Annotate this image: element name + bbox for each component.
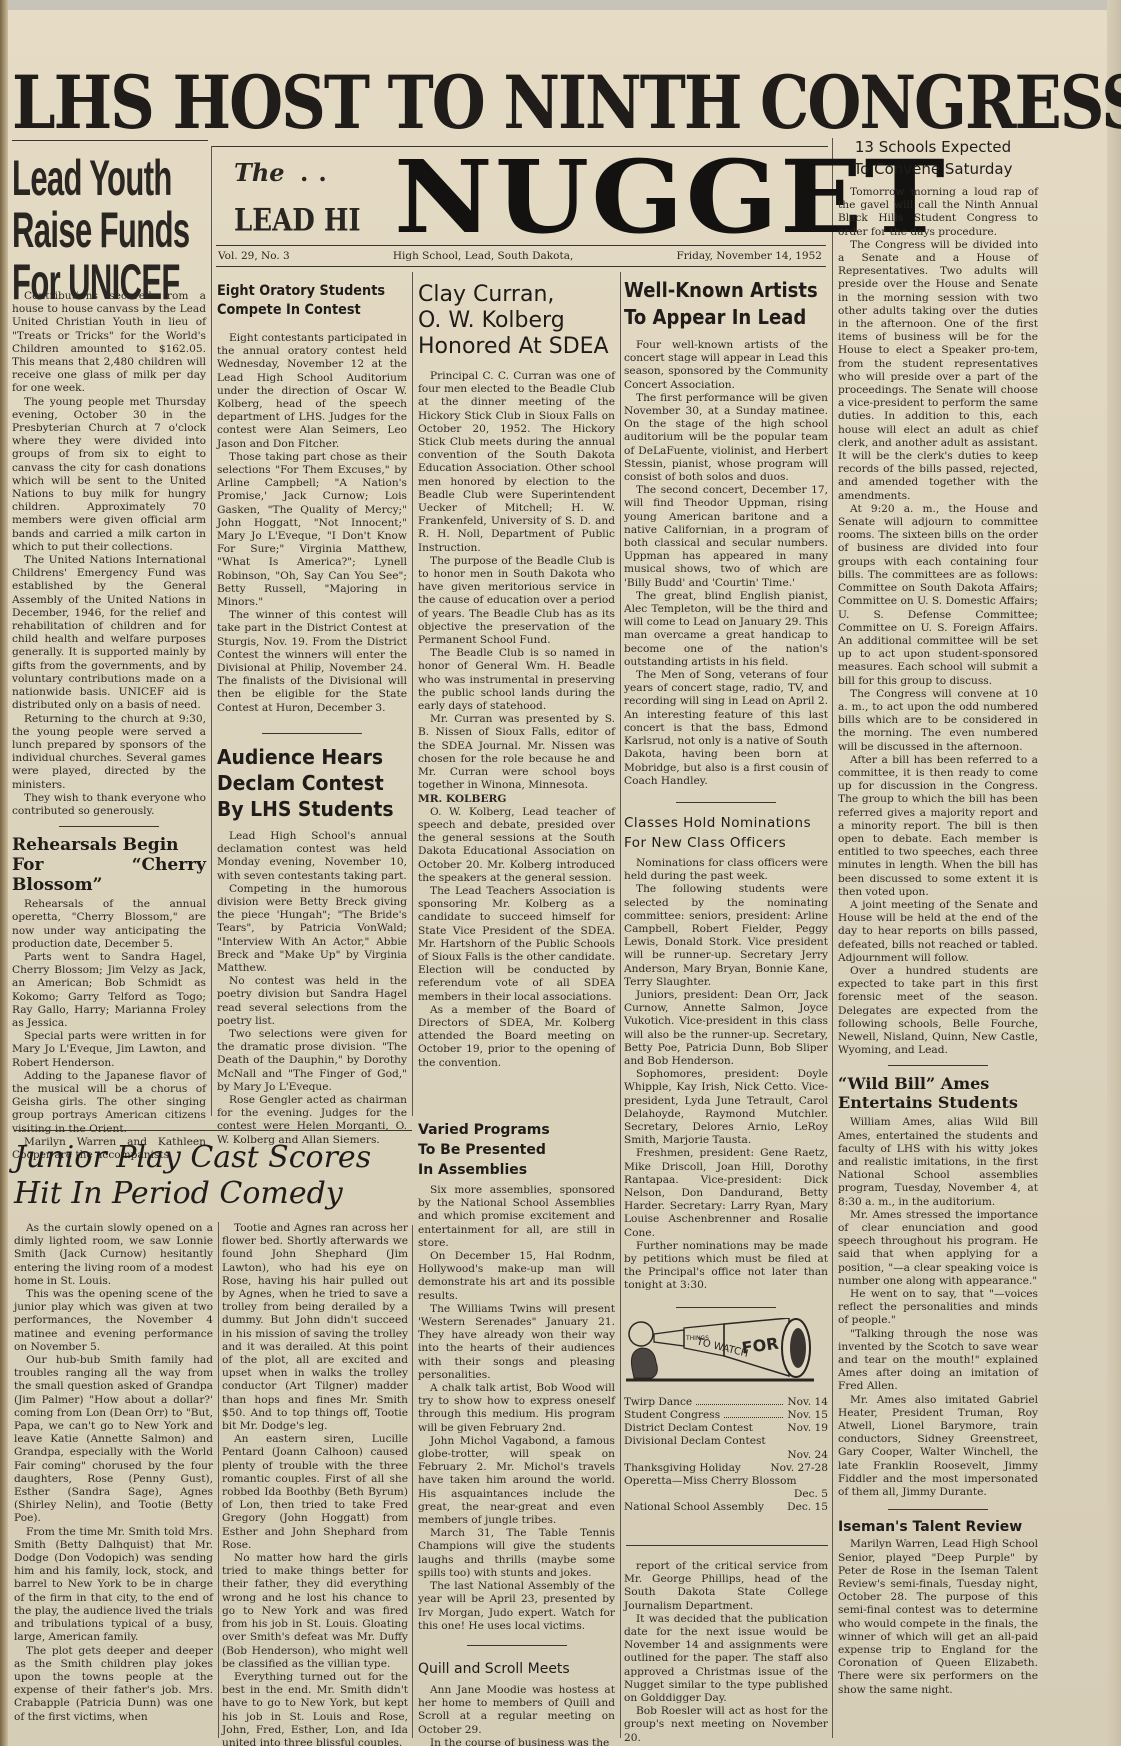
- paragraph: Principal C. C. Curran was one of four m…: [418, 370, 615, 555]
- paragraph: As the curtain slowly opened on a dimly …: [14, 1222, 213, 1288]
- paragraph: Nominations for class officers were held…: [624, 857, 828, 883]
- paragraph: Mr. Curran was presented by S. B. Nissen…: [418, 713, 615, 792]
- paragraph: Over a hundred students are expected to …: [838, 965, 1038, 1057]
- paragraph: Ann Jane Moodie was hostess at her home …: [418, 1684, 615, 1737]
- page-right-edge: [1107, 0, 1121, 1746]
- paragraph: The purpose of the Beadle Club is to hon…: [418, 555, 615, 647]
- junior-play-col1: As the curtain slowly opened on a dimly …: [14, 1222, 213, 1724]
- paragraph: The young people met Thursday evening, O…: [12, 396, 206, 554]
- banner-headline: LHS HOST TO NINTH CONGRESS: [12, 62, 1112, 145]
- paragraph: The winner of this contest will take par…: [217, 609, 407, 715]
- article-unicef: Lead Youth Raise Funds For UNICEF Contri…: [12, 150, 206, 1162]
- paragraph: Our hub-bub Smith family had troubles ra…: [14, 1354, 213, 1526]
- article-artists: Well-Known Artists To Appear In Lead Fou…: [624, 277, 828, 1515]
- paragraph: On December 15, Hal Rodnm, Hollywood's m…: [418, 1250, 615, 1303]
- declam-headline: Audience Hears Declam Contest By LHS Stu…: [217, 744, 396, 822]
- paragraph: From the time Mr. Smith told Mrs. Smith …: [14, 1526, 213, 1645]
- watch-list-item: Twirp DanceNov. 14: [624, 1396, 828, 1409]
- paragraph: report of the critical service from Mr. …: [624, 1560, 828, 1613]
- sdea-headline: Clay Curran, O. W. Kolberg Honored At SD…: [418, 282, 615, 360]
- paragraph: As a member of the Board of Directors of…: [418, 1004, 615, 1070]
- paragraph: The Lead Teachers Association is sponsor…: [418, 885, 615, 1004]
- paragraph: After a bill has been referred to a comm…: [838, 754, 1038, 899]
- paragraph: Competing in the humorous division were …: [217, 883, 407, 975]
- paragraph: Special parts were written in for Mary J…: [12, 1030, 206, 1070]
- column-rule: [412, 272, 413, 1116]
- watch-list-item: Divisional Declam ContestNov. 24: [624, 1435, 828, 1461]
- ames-headline: “Wild Bill” Ames Entertains Students: [838, 1074, 1038, 1112]
- paragraph: Rehearsals of the annual operetta, "Cher…: [12, 898, 206, 951]
- paragraph: The second concert, December 17, will fi…: [624, 484, 828, 590]
- paragraph: March 31, The Table Tennis Champions wil…: [418, 1527, 615, 1580]
- paragraph: It was decided that the publication date…: [624, 1613, 828, 1705]
- divider: [262, 733, 362, 734]
- paragraph: The Congress will be divided into a Sena…: [838, 239, 1038, 503]
- paragraph: At 9:20 a. m., the House and Senate will…: [838, 503, 1038, 688]
- iseman-body: Marilyn Warren, Lead High School Senior,…: [838, 1538, 1038, 1696]
- assemblies-headline: Varied Programs To Be Presented In Assem…: [418, 1120, 615, 1180]
- junior-play-col2: Tootie and Agnes ran across her flower b…: [222, 1222, 408, 1746]
- paragraph: The United Nations International Childre…: [12, 554, 206, 712]
- paragraph: The following students were selected by …: [624, 883, 828, 989]
- paragraph: Bob Roesler will act as host for the gro…: [624, 1705, 828, 1745]
- paragraph: Tomorrow morning a loud rap of the gavel…: [838, 186, 1038, 239]
- paragraph: Marilyn Warren, Lead High School Senior,…: [838, 1538, 1038, 1696]
- divider: [888, 1065, 988, 1066]
- paragraph: The plot gets deeper and deeper as the S…: [14, 1645, 213, 1724]
- paragraph: Adding to the Japanese flavor of the mus…: [12, 1070, 206, 1136]
- dateline: Vol. 29, No. 3 High School, Lead, South …: [218, 250, 822, 262]
- oratory-body: Eight contestants participated in the an…: [217, 332, 407, 715]
- paragraph: The great, blind English pianist, Alec T…: [624, 590, 828, 669]
- oratory-headline: Eight Oratory Students Compete In Contes…: [217, 282, 392, 320]
- unicef-headline: Lead Youth Raise Funds For UNICEF: [12, 150, 206, 290]
- paragraph: No matter how hard the girls tried to ma…: [222, 1552, 408, 1671]
- paragraph: John Michol Vagabond, a famous globe-tro…: [418, 1435, 615, 1527]
- paragraph: The Men of Song, veterans of four years …: [624, 669, 828, 788]
- volume-number: Vol. 29, No. 3: [218, 250, 290, 262]
- things-to-watch-list: Twirp DanceNov. 14Student CongressNov. 1…: [624, 1396, 828, 1515]
- watch-list-item: District Declam ContestNov. 19: [624, 1422, 828, 1435]
- masthead-lead-hi: LEAD HI: [234, 203, 361, 239]
- page-binding-edge: [0, 0, 8, 1746]
- masthead-dots: ..: [300, 158, 337, 187]
- junior-play-headline: Junior Play Cast Scores Hit In Period Co…: [14, 1140, 414, 1212]
- iseman-headline: Iseman's Talent Review: [838, 1518, 1038, 1536]
- watch-list-item: National School AssemblyDec. 15: [624, 1501, 828, 1514]
- divider: [676, 1307, 776, 1308]
- article-oratory: Eight Oratory Students Compete In Contes…: [217, 282, 407, 1147]
- article-assemblies: Varied Programs To Be Presented In Assem…: [418, 1120, 615, 1746]
- article-congress: 13 Schools Expected To Convene Saturday …: [838, 136, 1038, 1697]
- publication-place: High School, Lead, South Dakota,: [393, 250, 573, 262]
- column-rule: [412, 1225, 413, 1738]
- paragraph: Mr. Ames stressed the importance of clea…: [838, 1209, 1038, 1288]
- paragraph: The Williams Twins will present 'Western…: [418, 1303, 615, 1382]
- paragraph: Two selections were given for the dramat…: [217, 1028, 407, 1094]
- paragraph: Eight contestants participated in the an…: [217, 332, 407, 451]
- declam-body: Lead High School's annual declamation co…: [217, 830, 407, 1147]
- sdea-body-2: O. W. Kolberg, Lead teacher of speech an…: [418, 806, 615, 1070]
- quill-body: Ann Jane Moodie was hostess at her home …: [418, 1684, 615, 1746]
- paragraph: Juniors, president: Dean Orr, Jack Curno…: [624, 989, 828, 1068]
- paragraph: Tootie and Agnes ran across her flower b…: [222, 1222, 408, 1433]
- newspaper-page: LHS HOST TO NINTH CONGRESS The .. LEAD H…: [0, 0, 1121, 1746]
- things-to-watch-cartoon-icon: THINGS TO WATCH FOR: [624, 1318, 819, 1388]
- paragraph: Sophomores, president: Doyle Whipple, Ka…: [624, 1068, 828, 1147]
- unicef-body: Contributions secured from a house to ho…: [12, 290, 206, 818]
- paragraph: O. W. Kolberg, Lead teacher of speech an…: [418, 806, 615, 885]
- rule: [626, 1545, 828, 1546]
- paragraph: The first performance will be given Nove…: [624, 392, 828, 484]
- paragraph: This was the opening scene of the junior…: [14, 1288, 213, 1354]
- artists-headline: Well-Known Artists To Appear In Lead: [624, 277, 808, 331]
- sdea-body: Principal C. C. Curran was one of four m…: [418, 370, 615, 793]
- quill-continued: report of the critical service from Mr. …: [624, 1560, 828, 1745]
- paragraph: Parts went to Sandra Hagel, Cherry Bloss…: [12, 951, 206, 1030]
- paragraph: A joint meeting of the Senate and House …: [838, 899, 1038, 965]
- congress-body: Tomorrow morning a loud rap of the gavel…: [838, 186, 1038, 1057]
- nominations-body: Nominations for class officers were held…: [624, 857, 828, 1293]
- paragraph: Mr. Ames also imitated Gabriel Heater, P…: [838, 1394, 1038, 1500]
- paragraph: Everything turned out for the best in th…: [222, 1671, 408, 1746]
- paragraph: "Talking through the nose was invented b…: [838, 1328, 1038, 1394]
- column-rule: [620, 272, 621, 1738]
- congress-headline: 13 Schools Expected To Convene Saturday: [838, 136, 1028, 180]
- ames-body: William Ames, alias Wild Bill Ames, ente…: [838, 1116, 1038, 1499]
- scan-top-strip: [0, 0, 1121, 10]
- article-sdea: Clay Curran, O. W. Kolberg Honored At SD…: [418, 282, 615, 1070]
- divider: [888, 1509, 988, 1510]
- paragraph: Returning to the church at 9:30, the you…: [12, 713, 206, 792]
- paragraph: Further nominations may be made by petit…: [624, 1240, 828, 1293]
- paragraph: Six more assemblies, sponsored by the Na…: [418, 1184, 615, 1250]
- artists-body: Four well-known artists of the concert s…: [624, 339, 828, 788]
- sdea-subhead: MR. KOLBERG: [418, 793, 615, 806]
- publication-date: Friday, November 14, 1952: [676, 250, 822, 262]
- column-rule: [218, 1222, 219, 1738]
- paragraph: The last National Assembly of the year w…: [418, 1580, 615, 1633]
- divider: [59, 826, 159, 827]
- cherry-headline: Rehearsals Begin For “Cherry Blossom”: [12, 835, 206, 895]
- paragraph: He went on to say, that "—voices reflect…: [838, 1288, 1038, 1328]
- paragraph: An eastern siren, Lucille Pentard (Joann…: [222, 1433, 408, 1552]
- assemblies-body: Six more assemblies, sponsored by the Na…: [418, 1184, 615, 1633]
- paragraph: A chalk talk artist, Bob Wood will try t…: [418, 1382, 615, 1435]
- nominations-headline: Classes Hold Nominations For New Class O…: [624, 813, 828, 853]
- divider: [676, 802, 776, 803]
- paragraph: Rose Gengler acted as chairman for the e…: [217, 1094, 407, 1147]
- masthead: The .. LEAD HI NUGGET: [212, 148, 827, 253]
- cherry-body: Rehearsals of the annual operetta, "Cher…: [12, 898, 206, 1162]
- paragraph: William Ames, alias Wild Bill Ames, ente…: [838, 1116, 1038, 1208]
- paragraph: Freshmen, president: Gene Raetz, Mike Dr…: [624, 1147, 828, 1239]
- paragraph: No contest was held in the poetry divisi…: [217, 975, 407, 1028]
- paragraph: The Congress will convene at 10 a. m., t…: [838, 688, 1038, 754]
- paragraph: The Beadle Club is so named in honor of …: [418, 647, 615, 713]
- divider: [467, 1645, 567, 1646]
- paragraph: Four well-known artists of the concert s…: [624, 339, 828, 392]
- column-rule: [832, 138, 833, 1738]
- paragraph: Lead High School's annual declamation co…: [217, 830, 407, 883]
- rule: [14, 1130, 412, 1131]
- rule: [216, 266, 826, 267]
- paragraph: In the course of business was the: [418, 1737, 615, 1746]
- masthead-the: The: [234, 158, 285, 187]
- watch-list-item: Student CongressNov. 15: [624, 1409, 828, 1422]
- watch-list-item: Thanksgiving HolidayNov. 27-28: [624, 1462, 828, 1475]
- rule: [12, 140, 208, 141]
- watch-list-item: Operetta—Miss Cherry BlossomDec. 5: [624, 1475, 828, 1501]
- quill-headline: Quill and Scroll Meets: [418, 1660, 615, 1678]
- paragraph: They wish to thank everyone who contribu…: [12, 792, 206, 818]
- paragraph: Those taking part chose as their selecti…: [217, 451, 407, 609]
- svg-text:FOR: FOR: [741, 1333, 780, 1357]
- column-rule: [211, 146, 212, 1116]
